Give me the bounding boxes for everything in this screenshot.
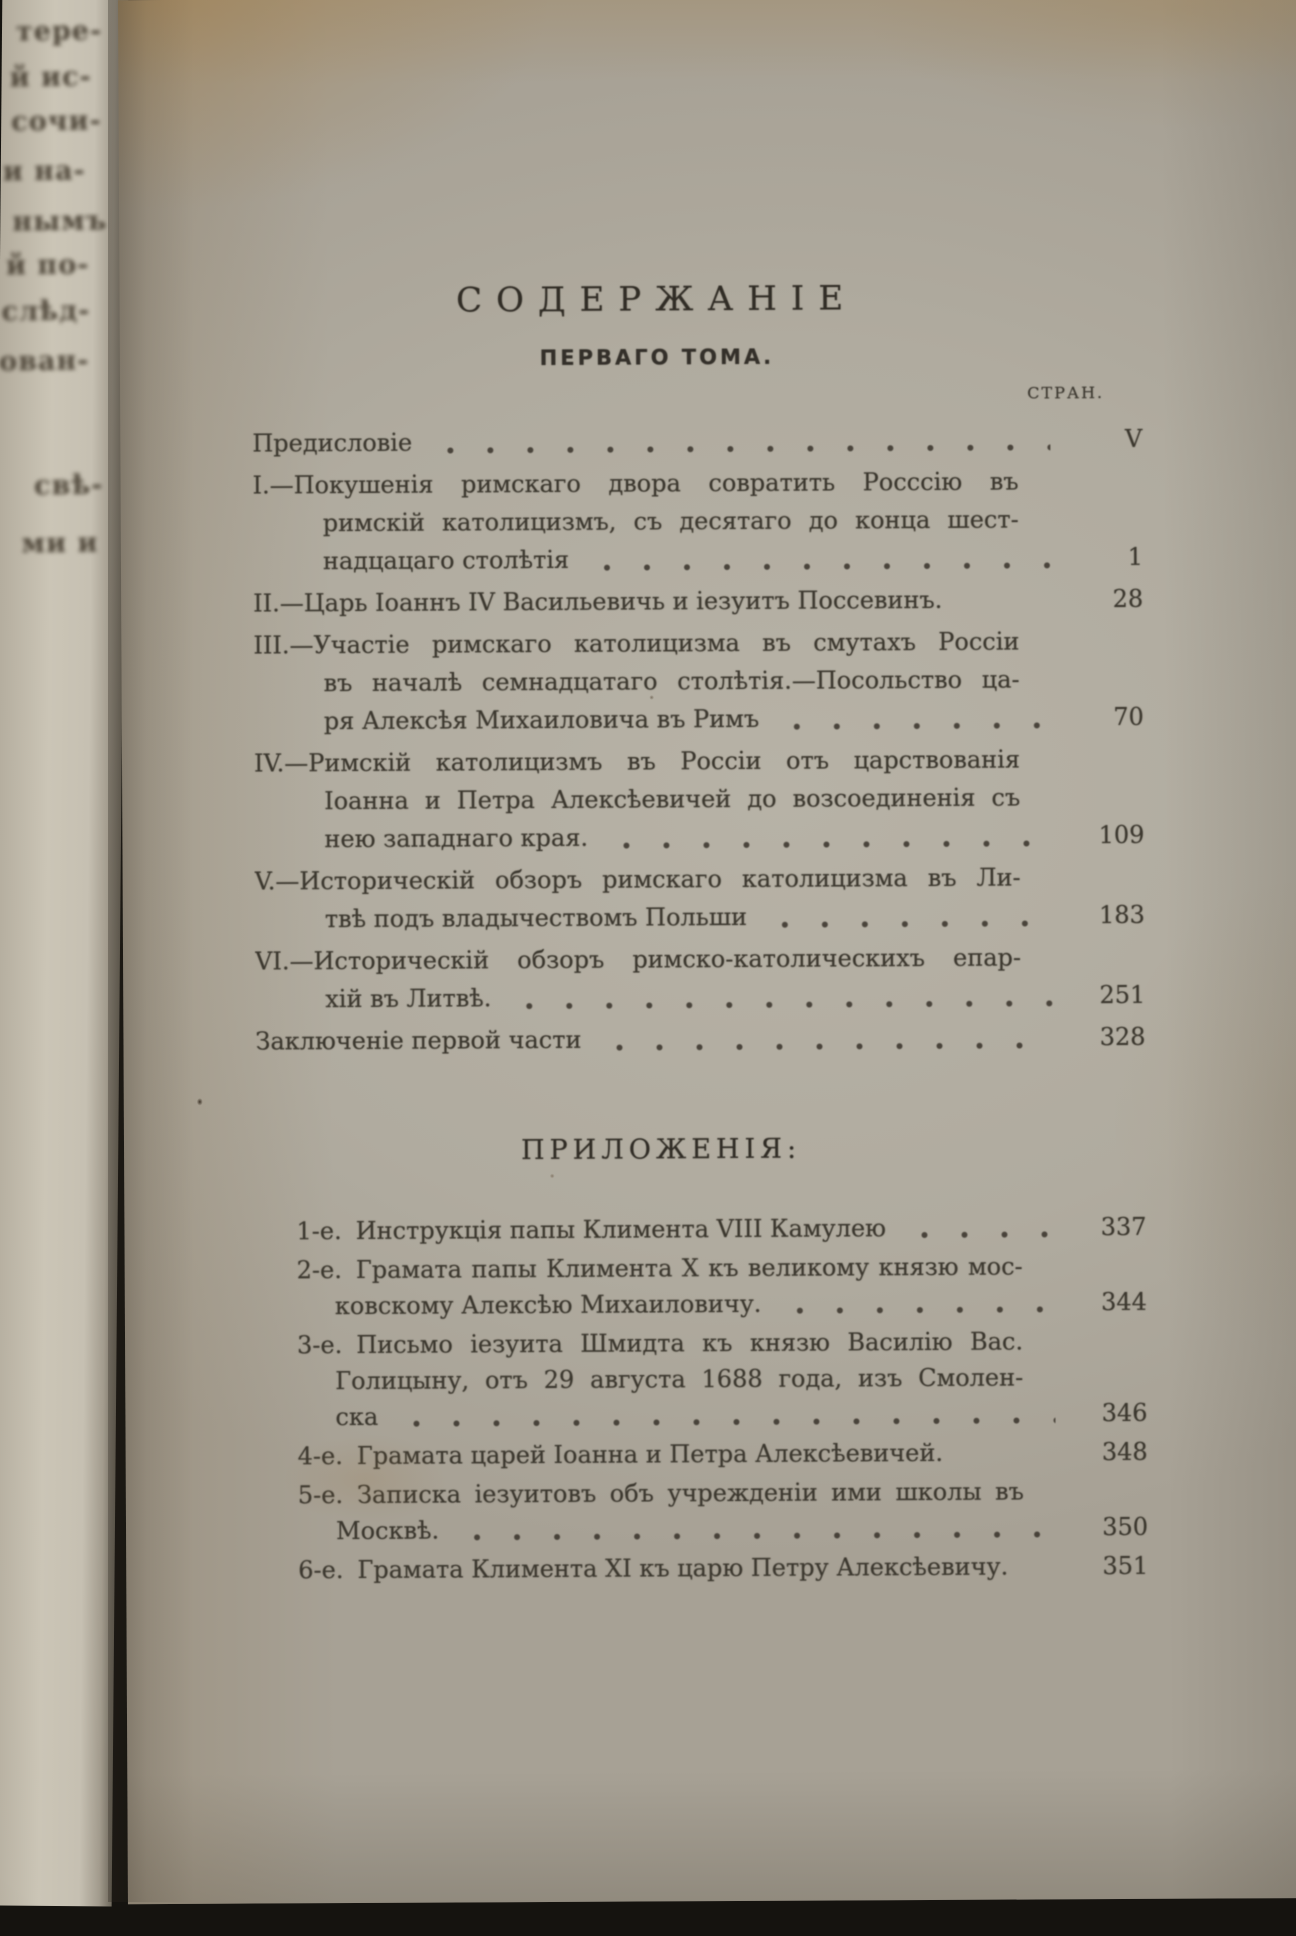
- toc-entry: III.—Участіе римскаго католицизма въ сму…: [253, 622, 1144, 741]
- entry-line: I.—Покушенія римскаго двора совратить Ро…: [252, 463, 1018, 505]
- page-number: 351: [1068, 1548, 1148, 1584]
- entry-last-line: хій въ Литвѣ.251: [255, 976, 1145, 1019]
- page-title: СОДЕРЖАНІЕ: [251, 277, 1061, 321]
- entry-number-label: 3-е.: [297, 1331, 342, 1359]
- page-number: 344: [1067, 1284, 1147, 1320]
- entry-line: 1-е.Инструкція папы Климента VIII Камуле…: [296, 1210, 886, 1249]
- dot-leader: [424, 420, 1050, 461]
- dot-leader: [955, 1434, 1056, 1471]
- dot-leader: [898, 1209, 1055, 1246]
- page-number: 1: [1063, 538, 1143, 576]
- entry-last-line: твѣ подъ владычествомъ Польши183: [255, 896, 1145, 939]
- page-number: 328: [1065, 1018, 1145, 1056]
- appendix-entry: 6-е.Грамата Климента XI къ царю Петру Ал…: [258, 1548, 1148, 1589]
- entry-last-line: нею западнаго края.109: [254, 816, 1144, 859]
- toc-entry: V.—Историческій обзоръ римскаго католици…: [255, 858, 1145, 939]
- entry-line: 6-е.Грамата Климента XI къ царю Петру Ал…: [298, 1549, 1008, 1589]
- page-number: 348: [1068, 1434, 1148, 1470]
- dot-leader: [593, 1018, 1053, 1058]
- dot-leader: [759, 896, 1053, 936]
- printed-content: СОДЕРЖАНІЕ ПЕРВАГО ТОМА. СТРАН. Предисло…: [250, 0, 1148, 1592]
- appendix-entry: 1-е.Инструкція папы Климента VIII Камуле…: [256, 1209, 1146, 1250]
- entry-last-line: ПредисловіеV: [252, 420, 1142, 463]
- appendix-entry: 3-е.Письмо іезуита Шмидта къ князю Васил…: [257, 1323, 1148, 1436]
- toc-entry: ПредисловіеV: [252, 420, 1142, 463]
- entry-line: Заключеніе первой части: [255, 1021, 581, 1061]
- page-number: 109: [1064, 816, 1144, 854]
- entry-number-label: 2-е.: [297, 1256, 342, 1284]
- facing-page-text-fragment: тере-: [16, 15, 103, 47]
- dot-leader: [451, 1509, 1056, 1548]
- entry-line: надцацаго столѣтія: [323, 541, 569, 580]
- facing-page-text-fragment: и на-: [3, 155, 86, 187]
- entry-line: Іоанна и Петра Алексѣевичей до возсоедин…: [324, 779, 1020, 821]
- dot-leader: [581, 538, 1051, 578]
- facing-page-text-fragment: слѣд-: [1, 295, 90, 327]
- entry-last-line: ска346: [257, 1395, 1147, 1436]
- entry-number-label: 1-е.: [296, 1217, 341, 1245]
- entry-number-label: 5-е.: [298, 1481, 343, 1509]
- entry-number-label: 4-е.: [298, 1442, 343, 1470]
- entry-line: 5-е.Записка іезуитовъ объ учрежденіи ими…: [298, 1474, 1024, 1514]
- entry-line: IV.—Римскій католицизмъ въ Россіи отъ ца…: [254, 741, 1020, 783]
- dot-leader: [771, 698, 1052, 737]
- appendix-list: 1-е.Инструкція папы Климента VIII Камуле…: [256, 1209, 1148, 1589]
- page-number: 346: [1067, 1395, 1147, 1431]
- entry-line: Предисловіе: [252, 424, 412, 463]
- facing-page-text-fragment: нымъ: [12, 205, 107, 237]
- dot-leader: [390, 1395, 1055, 1434]
- facing-page-text-fragment: свѣ-: [34, 470, 104, 502]
- entry-line: ря Алексѣя Михаиловича въ Римъ: [324, 700, 760, 740]
- contents-page: СОДЕРЖАНІЕ ПЕРВАГО ТОМА. СТРАН. Предисло…: [118, 0, 1296, 1904]
- dot-leader: [1020, 1548, 1056, 1584]
- facing-page-text-fragment: ми и: [21, 528, 98, 560]
- dot-leader: [600, 816, 1053, 856]
- facing-page-text-fragment: сочи-: [11, 105, 102, 137]
- entry-line: Голицыну, отъ 29 августа 1688 года, изъ …: [335, 1360, 1023, 1400]
- entry-line: хій въ Литвѣ.: [325, 979, 491, 1018]
- entry-line: III.—Участіе римскаго католицизма въ сму…: [253, 623, 1019, 665]
- toc-entry: II.—Царь Іоаннъ IV Васильевичь и іезуитъ…: [253, 580, 1143, 623]
- page-subtitle: ПЕРВАГО ТОМА.: [252, 343, 1062, 371]
- appendix-entry: 2-е.Грамата папы Климента X къ великому …: [257, 1248, 1147, 1325]
- page-number: 251: [1065, 976, 1145, 1014]
- entry-line: ска: [335, 1399, 378, 1435]
- toc-entry: IV.—Римскій католицизмъ въ Россіи отъ ца…: [254, 740, 1145, 859]
- entry-line: VI.—Историческій обзоръ римско-католичес…: [255, 939, 1021, 981]
- book-photo: тере-й ис-сочи-и на-нымъй по-слѣд-ован-с…: [0, 0, 1296, 1936]
- entry-line: Москвѣ.: [336, 1513, 439, 1550]
- page-column-header: СТРАН.: [252, 383, 1142, 407]
- entry-last-line: надцацаго столѣтія1: [253, 538, 1143, 581]
- entry-line: нею западнаго края.: [324, 819, 588, 858]
- entry-last-line: 6-е.Грамата Климента XI къ царю Петру Ал…: [258, 1548, 1148, 1589]
- page-number: 183: [1065, 896, 1145, 934]
- facing-page-text-fragment: й по-: [6, 249, 90, 281]
- entry-line: II.—Царь Іоаннъ IV Васильевичь и іезуитъ…: [253, 581, 942, 623]
- toc-entry: Заключеніе первой части328: [255, 1018, 1145, 1061]
- facing-page-text-fragment: й ис-: [9, 61, 91, 93]
- dot-leader: [773, 1284, 1055, 1321]
- entry-last-line: Заключеніе первой части328: [255, 1018, 1145, 1061]
- entry-line: ковскому Алексѣю Михаиловичу.: [335, 1286, 762, 1324]
- page-number: 70: [1064, 698, 1144, 736]
- appendix-entry: 5-е.Записка іезуитовъ объ учрежденіи ими…: [258, 1473, 1148, 1550]
- entry-last-line: Москвѣ.350: [258, 1509, 1148, 1550]
- entry-last-line: II.—Царь Іоаннъ IV Васильевичь и іезуитъ…: [253, 580, 1143, 623]
- entry-number-label: 6-е.: [298, 1556, 343, 1584]
- page-number: 337: [1066, 1209, 1146, 1245]
- entry-last-line: 1-е.Инструкція папы Климента VIII Камуле…: [256, 1209, 1146, 1250]
- entry-line: 4-е.Грамата царей Іоанна и Петра Алексѣе…: [298, 1435, 944, 1474]
- dot-leader: [954, 580, 1051, 619]
- page-number: V: [1062, 420, 1142, 458]
- entry-line: V.—Историческій обзоръ римскаго католици…: [255, 859, 1021, 901]
- entry-line: 2-е.Грамата папы Климента X къ великому …: [297, 1249, 1023, 1289]
- dot-leader: [503, 976, 1053, 1017]
- entry-line: 3-е.Письмо іезуита Шмидта къ князю Васил…: [297, 1324, 1023, 1364]
- toc-entry: VI.—Историческій обзоръ римско-католичес…: [255, 938, 1145, 1019]
- entry-last-line: 4-е.Грамата царей Іоанна и Петра Алексѣе…: [258, 1434, 1148, 1475]
- facing-page-edge: тере-й ис-сочи-и на-нымъй по-слѣд-ован-с…: [0, 0, 128, 1907]
- entry-line: твѣ подъ владычествомъ Польши: [325, 898, 747, 938]
- entry-line: въ началѣ семнадцатаго столѣтія.—Посольс…: [323, 661, 1019, 703]
- appendix-entry: 4-е.Грамата царей Іоанна и Петра Алексѣе…: [258, 1434, 1148, 1475]
- facing-page-text-fragment: ован-: [0, 345, 90, 377]
- page-number: 28: [1063, 580, 1143, 618]
- entry-last-line: ря Алексѣя Михаиловича въ Римъ70: [254, 698, 1144, 741]
- entry-line: римскій католицизмъ, съ десятаго до конц…: [323, 501, 1019, 543]
- entry-last-line: ковскому Алексѣю Михаиловичу.344: [257, 1284, 1147, 1325]
- toc-entry: I.—Покушенія римскаго двора совратить Ро…: [252, 462, 1143, 581]
- toc-list: ПредисловіеVI.—Покушенія римскаго двора …: [252, 420, 1145, 1061]
- page-number: 350: [1068, 1509, 1148, 1545]
- appendix-heading: ПРИЛОЖЕНІЯ:: [256, 1132, 1066, 1167]
